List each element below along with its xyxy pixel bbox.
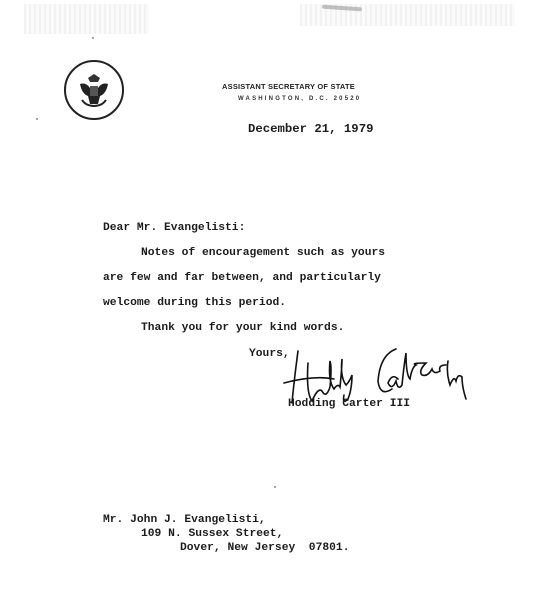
letterhead-city: WASHINGTON, D.C. 20520: [238, 96, 361, 102]
salutation: Dear Mr. Evangelisti:: [103, 222, 245, 234]
scan-speck: [36, 118, 38, 120]
great-seal-icon: [64, 60, 124, 120]
body-line: Notes of encouragement such as yours: [141, 247, 385, 259]
letterhead-title: ASSISTANT SECRETARY OF STATE: [222, 82, 355, 91]
letter-date: December 21, 1979: [248, 122, 373, 136]
recipient-address-line: Dover, New Jersey 07801.: [180, 542, 349, 554]
signer-name: Hodding Carter III: [288, 398, 410, 410]
scan-speck: [92, 37, 94, 39]
eagle-icon: [74, 70, 114, 110]
recipient-address-line: Mr. John J. Evangelisti,: [103, 514, 266, 526]
body-line: Thank you for your kind words.: [141, 322, 344, 334]
body-line: welcome during this period.: [103, 297, 286, 309]
scan-artifact: [24, 4, 149, 34]
scan-speck: [274, 486, 276, 488]
recipient-address-line: 109 N. Sussex Street,: [141, 528, 283, 540]
body-line: are few and far between, and particularl…: [103, 272, 381, 284]
